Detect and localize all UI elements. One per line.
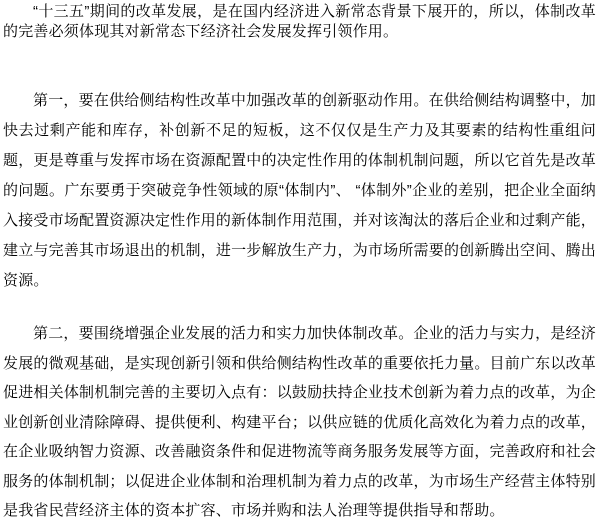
document-page: “十三五”期间的改革发展，是在国内经济进入新常态背景下展开的，所以，体制改革的完… — [0, 0, 600, 523]
paragraph-intro: “十三五”期间的改革发展，是在国内经济进入新常态背景下展开的，所以，体制改革的完… — [3, 2, 596, 42]
paragraph-second-point: 第二，要围绕增强企业发展的活力和实力加快体制改革。企业的活力与实力，是经济发展的… — [3, 319, 596, 523]
paragraph-first-point: 第一，要在供给侧结构性改革中加强改革的创新驱动作用。在供给侧结构调整中，加快去过… — [3, 86, 596, 296]
